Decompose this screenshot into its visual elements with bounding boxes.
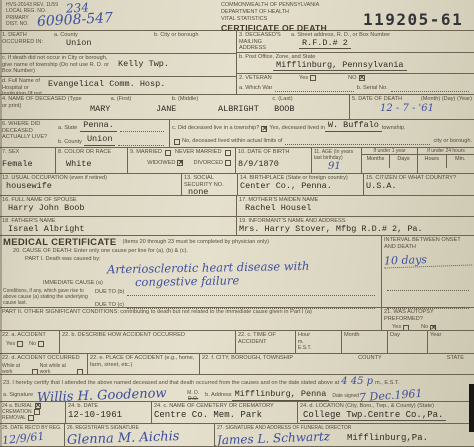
s13-value: none: [188, 188, 235, 195]
medical-certificate-section: MEDICAL CERTIFICATE (Items 20 through 23…: [0, 235, 474, 307]
s22c-month-label: Month: [344, 332, 385, 339]
s6-township-value: W. Buffalo: [325, 121, 382, 132]
s24b-label: 24. b. DATE: [68, 403, 149, 410]
row-place-and-address: 1. DEATH OCCURRED IN: a. County Union b.…: [0, 30, 474, 94]
s5-heading: 5. DATE OF DEATH: [352, 96, 402, 103]
s22f-state-label: STATE: [447, 355, 464, 362]
never-married-checkbox: [225, 150, 231, 156]
s6-state-value: Penna.: [80, 121, 117, 132]
funeral-director-signature: James L. Schwartz: [217, 429, 347, 446]
s22c-hour-label: Hour: [298, 332, 339, 339]
s22e-cell: 22. e. PLACE OF ACCIDENT (e.g., home, fa…: [88, 354, 200, 374]
certify-time-value: 4 45 p: [341, 376, 373, 387]
row-burial: 24 a. BURIAL✕ CREMATION REMOVAL 24. b. D…: [0, 401, 474, 423]
s22d-while-label: While at work: [2, 363, 30, 374]
s24c-label: 24. c. NAME OF CEMETERY OR CREMATORY: [154, 403, 295, 410]
date-signed-label: Date signed: [332, 393, 359, 399]
s12-occupation-cell: 12. USUAL OCCUPATION (even if retired) h…: [0, 174, 182, 195]
s3b-postoffice-value: Mifflinburg, Pennsylvania: [273, 61, 407, 72]
s1b-label: b. City or borough: [152, 31, 236, 53]
removal-checkbox: [28, 415, 34, 421]
s24d-location-cell: 24. d. LOCATION (City, Boro., Twp., & Co…: [298, 402, 474, 423]
department-line: DEPARTMENT OF HEALTH: [221, 9, 349, 16]
s1a-county-value: Union: [66, 39, 150, 49]
section-1-death-occurred: 1. DEATH OCCURRED IN: a. County Union b.…: [0, 31, 237, 94]
row-accident-abc: 22. a. ACCIDENT Yes No 22. b. DESCRIBE H…: [0, 330, 474, 353]
s6-yes-text: Yes, deceased lived in: [269, 125, 324, 132]
header-center: COMMONWEALTH OF PENNSYLVANIA DEPARTMENT …: [221, 2, 349, 30]
s6-no-post: city or borough.: [433, 138, 472, 145]
s11-under1-cell: If under 1 year Months Days: [362, 148, 418, 173]
s17-mother-cell: 17. MOTHER'S MAIDEN NAME Rachel Housel: [237, 196, 474, 216]
s15-citizen-cell: 15. CITIZEN OF WHAT COUNTRY? U.S.A.: [364, 174, 474, 195]
s24b-value: 12-10-1961: [68, 410, 149, 420]
s22c-year-cell: Year: [428, 331, 474, 353]
physician-address: Mifflinburg, Penna: [232, 390, 330, 401]
certify-statement-end: m., E.S.T.: [375, 380, 399, 387]
s21-label: 21. WAS AUTOPSY PREFORMED?: [384, 309, 472, 322]
s13-label: 13. SOCIAL SECURITY NO.: [184, 175, 235, 188]
s14-birthplace-cell: 14. BIRTHPLACE (State or foreign country…: [238, 174, 364, 195]
s2-serial-label: b. Serial No.: [357, 85, 388, 92]
s5-date-value: 12 - 7 - '61: [380, 103, 472, 114]
s22e-label: 22. e. PLACE OF ACCIDENT (e.g., home, fa…: [90, 355, 197, 368]
while-at-work-checkbox: [32, 369, 38, 374]
s22c-hour-cell: Hour m. E.S.T.: [296, 331, 342, 353]
s22b-label: 22. b. DESCRIBE HOW ACCIDENT OCCURRED: [62, 332, 233, 339]
header-left: HVS-20143 REV. 11/59LOCAL REG. NO. 234 P…: [6, 2, 221, 30]
not-at-work-checkbox: [77, 369, 83, 374]
row-registrar: 25. DATE REC'D BY REG. 12/9/61 26. REGIS…: [0, 423, 474, 447]
death-certificate-scan: HVS-20143 REV. 11/59LOCAL REG. NO. 234 P…: [0, 0, 474, 447]
s10-value: 8/9/1870: [238, 160, 309, 170]
township-yes-checkbox: ✕: [261, 126, 267, 132]
s5-columns: (Month) (Day) (Year): [421, 96, 472, 103]
s3a-street-value: R.F.D.# 2: [299, 39, 351, 50]
row-part2-autopsy: PART II. OTHER SIGNIFICANT CONDITIONS: c…: [0, 307, 474, 330]
s11-hours-label: Hours: [418, 155, 446, 168]
s4-middle-cell: b. (Middle) JANE: [154, 95, 216, 119]
widowed-checkbox: ✕: [177, 160, 183, 166]
s6-state-label: a. State: [58, 125, 77, 132]
s4-first-value: MARY: [90, 105, 152, 115]
row-father-informant: 18. FATHER'S NAME Israel Albright 19. IN…: [0, 216, 474, 235]
row-demographics: 7. SEX Female 8. COLOR OR RACE White 9. …: [0, 147, 474, 173]
s4-last-cell: c. (Last) ALBRIGHT BOOB: [216, 95, 350, 119]
s22a-yes-label: Yes: [6, 341, 15, 348]
s6-no-blank: [285, 137, 430, 145]
s22d-not-label: Not while at work: [40, 363, 75, 374]
s6-left-cell: 6. WHERE DID DECEASED ACTUALLY LIVE? a. …: [0, 120, 170, 147]
row-residence: 6. WHERE DID DECEASED ACTUALLY LIVE? a. …: [0, 119, 474, 147]
s9-marital-cell: 9. MARRIED NEVER MARRIED WIDOWED✕ DIVORC…: [128, 148, 236, 173]
s6-heading: 6. WHERE DID DECEASED ACTUALLY LIVE?: [0, 120, 56, 147]
s4-first-cell: a. (First) MARY: [88, 95, 154, 119]
s11-age-cell: 11. AGE (In years last birthday) 91: [312, 148, 362, 173]
s8-label: 8. COLOR OR RACE: [58, 149, 125, 156]
autopsy-no-checkbox: ✕: [430, 325, 436, 330]
signature-label: a. Signature: [3, 392, 33, 399]
s19-value: Mrs. Harry Stover, Mfbg R.D.# 2, Pa.: [239, 225, 472, 235]
s2-yes-label: Yes: [299, 75, 308, 82]
s22f-label: 22. f. CITY, BOROUGH, TOWNSHIP: [202, 355, 293, 362]
s10-label: 10. DATE OF BIRTH: [238, 149, 309, 156]
s16-value: Harry John Boob: [8, 204, 234, 214]
divorced-checkbox: [225, 160, 231, 166]
s2-veteran-label: 2. VETERAN: [239, 75, 299, 82]
dist-no-value: 60908-547: [36, 12, 113, 29]
s7-label: 7. SEX: [2, 149, 53, 156]
interval-value: 10 days: [384, 252, 472, 269]
s1c-township-value: Kelly Twp.: [118, 54, 236, 76]
s1d-label: d. Full Name of Hospital or Institution …: [0, 77, 48, 94]
s9-never-label: NEVER MARRIED: [175, 149, 222, 156]
s2-war-blank: [275, 84, 353, 92]
s5-date-of-death-cell: 5. DATE OF DEATH (Month) (Day) (Year) 12…: [350, 95, 474, 119]
medical-title: MEDICAL CERTIFICATE: [3, 237, 117, 248]
s4-last-value: ALBRIGHT BOOB: [218, 105, 347, 115]
veteran-no-checkbox: ✕: [359, 75, 365, 81]
s8-value: White: [66, 160, 125, 170]
s4-middle-value: JANE: [156, 105, 214, 115]
s10-birth-date-cell: 10. DATE OF BIRTH 8/9/1870: [236, 148, 312, 173]
s24a-removal-label: REMOVAL: [2, 415, 26, 421]
s7-sex-cell: 7. SEX Female: [0, 148, 56, 173]
primary-dist-label: PRIMARYDIST. NO.: [6, 15, 29, 27]
s22f-cell: 22. f. CITY, BOROUGH, TOWNSHIP COUNTY ST…: [200, 354, 474, 374]
s18-father-cell: 18. FATHER'S NAME Israel Albright: [0, 217, 237, 235]
row-name-and-death-date: 4. NAME OF DECEASED (Type or print) a. (…: [0, 94, 474, 119]
s11-days-label: Days: [389, 155, 417, 168]
s22c-label: 22. c. TIME OF ACCIDENT: [238, 332, 293, 345]
sections-3-2: 3. DECEASED'S MAILING ADDRESS a. Street …: [237, 31, 474, 94]
s14-value: Center Co., Penna.: [240, 182, 361, 192]
s24c-cemetery-cell: 24. c. NAME OF CEMETERY OR CREMATORY Cen…: [152, 402, 298, 423]
part2-cell: PART II. OTHER SIGNIFICANT CONDITIONS: c…: [0, 308, 382, 330]
s22f-county-label: COUNTY: [358, 355, 382, 362]
s1-heading: 1. DEATH OCCURRED IN:: [0, 31, 52, 53]
s11-under24-cell: If under 24 hours Hours Min.: [418, 148, 474, 173]
s3-heading: 3. DECEASED'S MAILING ADDRESS: [237, 31, 289, 52]
s22a-label: 22. a. ACCIDENT: [2, 332, 57, 339]
s2-war-label: a. Which War: [239, 85, 272, 92]
s18-value: Israel Albright: [8, 225, 234, 235]
certificate-number-stamp: 119205-61: [363, 10, 463, 30]
s1d-hospital-value: Evangelical Comm. Hosp.: [48, 77, 236, 94]
s6c-label: c. Did deceased live in a township?: [172, 125, 259, 132]
due-to-b-blank: [127, 288, 375, 296]
s24d-label: 24. d. LOCATION (City, Boro., Twp., & Co…: [300, 403, 472, 410]
cremation-checkbox: [34, 409, 40, 415]
s22c-time-cell: 22. c. TIME OF ACCIDENT: [236, 331, 296, 353]
s15-value: U.S.A.: [366, 182, 472, 192]
s11-age-value: 91: [328, 161, 359, 172]
s21-no-label: No: [421, 324, 428, 330]
s6-township-cell: c. Did deceased live in a township? ✕ Ye…: [170, 120, 474, 147]
s24c-value: Centre Co. Mem. Park: [154, 410, 295, 420]
s22a-no-label: No: [29, 341, 36, 348]
s4-first-label: a. (First): [90, 96, 152, 103]
accident-no-checkbox: [38, 341, 44, 347]
s24b-date-cell: 24. b. DATE 12-10-1961: [66, 402, 152, 423]
s22c-est-label: E.S.T.: [298, 345, 339, 351]
s22c-day-cell: Day: [388, 331, 428, 353]
s9-married-label: 9. MARRIED: [130, 149, 162, 156]
s9-widowed-label: WIDOWED: [147, 160, 175, 167]
part2-label: PART II. OTHER SIGNIFICANT CONDITIONS: c…: [2, 309, 379, 316]
s22a-accident-cell: 22. a. ACCIDENT Yes No: [0, 331, 60, 353]
s11-months-label: Months: [362, 155, 389, 168]
s2-no-label: NO: [348, 75, 356, 82]
s4-heading: 4. NAME OF DECEASED (Type or print): [2, 96, 86, 109]
immediate-cause-label: IMMEDIATE CAUSE (a): [43, 280, 103, 287]
funeral-director-address: Mifflinburg,Pa.: [347, 433, 428, 443]
s22b-describe-cell: 22. b. DESCRIBE HOW ACCIDENT OCCURRED: [60, 331, 236, 353]
s6-yes-post: township.: [382, 125, 406, 132]
address-label: b. Address: [205, 392, 231, 399]
s7-value: Female: [2, 160, 53, 170]
interval-column: INTERVAL BETWEEN ONSET AND DEATH 10 days: [382, 236, 474, 307]
s11-label: 11. AGE (In years last birthday): [314, 149, 359, 161]
s25-date-received-cell: 25. DATE REC'D BY REG. 12/9/61: [0, 424, 65, 446]
s26-registrar-cell: 26. REGISTRAR'S SIGNATURE Glenna M. Aich…: [65, 424, 215, 446]
s6-state-blank: [120, 124, 164, 132]
commonwealth-line: COMMONWEALTH OF PENNSYLVANIA: [221, 2, 349, 9]
s1c-label: c. If death did not occur in City or bor…: [0, 54, 118, 76]
s16-spouse-cell: 16. FULL NAME OF SPOUSE Harry John Boob: [0, 196, 237, 216]
s9-divorced-label: DIVORCED: [193, 160, 223, 167]
medical-left: MEDICAL CERTIFICATE (Items 20 through 23…: [0, 236, 382, 307]
s6-county-blank: [118, 138, 164, 146]
row-spouse-mother: 16. FULL NAME OF SPOUSE Harry John Boob …: [0, 195, 474, 216]
s11-min-label: Min.: [446, 155, 474, 168]
s19-informant-cell: 19. INFORMANT'S NAME AND ADDRESS Mrs. Ha…: [237, 217, 474, 235]
s4-middle-label: b. (Middle): [156, 96, 214, 103]
md-do-label: M. D.D.O.: [187, 390, 199, 402]
s6-no-text: No, deceased lived within actual limits …: [182, 138, 282, 145]
accident-yes-checkbox: [17, 341, 23, 347]
s24a-cell: 24 a. BURIAL✕ CREMATION REMOVAL: [0, 402, 66, 423]
registrar-signature: Glenna M. Aichis: [67, 429, 180, 446]
s21-autopsy-cell: 21. WAS AUTOPSY PREFORMED? Yes No✕: [382, 308, 474, 330]
interval-blank-b: [387, 283, 469, 291]
due-to-b-label: DUE TO (b): [95, 289, 124, 296]
s6-county-value: Union: [84, 135, 116, 146]
township-no-checkbox: [174, 139, 180, 145]
s22c-year-label: Year: [430, 332, 472, 339]
form-number: HVS-20143 REV. 11/59LOCAL REG. NO.: [6, 2, 58, 14]
medical-subtitle: (Items 20 through 23 must be completed b…: [123, 239, 269, 246]
header: HVS-20143 REV. 11/59LOCAL REG. NO. 234 P…: [0, 0, 474, 30]
autopsy-yes-checkbox: [403, 325, 409, 330]
s22c-month-cell: Month: [342, 331, 388, 353]
s17-value: Rachel Housel: [245, 204, 472, 214]
s4-heading-cell: 4. NAME OF DECEASED (Type or print): [0, 95, 88, 119]
s13-ssn-cell: 13. SOCIAL SECURITY NO. none: [182, 174, 238, 195]
vital-line: VITAL STATISTICS: [221, 16, 349, 23]
interval-label: INTERVAL BETWEEN ONSET AND DEATH: [384, 237, 472, 250]
s22d-cell: 22. d. ACCIDENT OCCURRED While at work N…: [0, 354, 88, 374]
conditions-note: Conditions, if any, which gave rise to a…: [3, 288, 95, 309]
cause-of-death-line2: congestive failure: [135, 272, 378, 289]
s6-county-label: b. County: [58, 139, 82, 146]
veteran-yes-checkbox: [310, 75, 316, 81]
s22d-label: 22. d. ACCIDENT OCCURRED: [2, 355, 85, 362]
s20-label: 20. CAUSE OF DEATH: Enter only one cause…: [13, 248, 378, 255]
s8-race-cell: 8. COLOR OR RACE White: [56, 148, 128, 173]
row-accident-def: 22. d. ACCIDENT OCCURRED While at work N…: [0, 353, 474, 374]
row-certification: 23. I hereby certify that I attended the…: [0, 374, 474, 401]
married-checkbox: [165, 150, 171, 156]
s4-last-label: c. (Last): [218, 96, 347, 103]
s2-serial-blank: [391, 84, 469, 92]
s24d-value: College Twp.Centre Co.,Pa.: [300, 410, 446, 421]
s22c-day-label: Day: [390, 332, 425, 339]
s21-yes-label: Yes: [392, 324, 401, 330]
s12-value: housewife: [6, 182, 179, 192]
s27-funeral-director-cell: 27. SIGNATURE AND ADDRESS OF FUNERAL DIR…: [215, 424, 474, 446]
row-occupation: 12. USUAL OCCUPATION (even if retired) h…: [0, 173, 474, 195]
